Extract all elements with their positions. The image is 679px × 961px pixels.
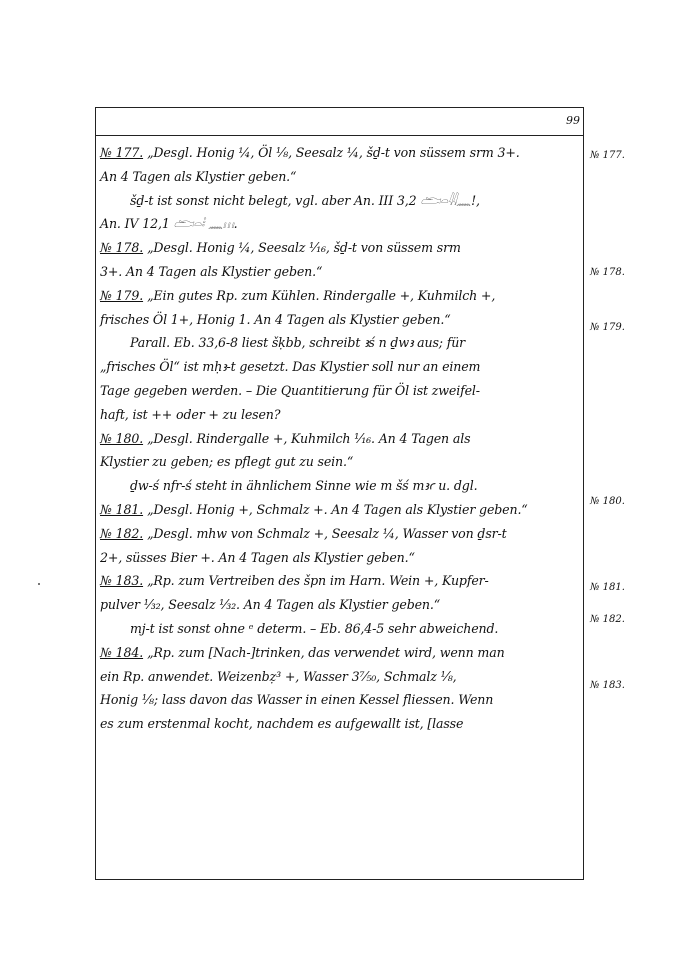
text-line: es zum erstenmal kocht, nachdem es aufge… [100, 712, 578, 736]
text-line: Honig ⅛; lass davon das Wasser in einen … [100, 688, 578, 712]
line-text: „Desgl. Rindergalle +, Kuhmilch ⅟₁₆. An … [147, 431, 470, 446]
text-line: Klystier zu geben; es pflegt gut zu sein… [100, 450, 578, 474]
text-line: № 179.„Ein gutes Rp. zum Kühlen. Rinderg… [100, 284, 578, 308]
text-line: 3+. An 4 Tagen als Klystier geben.“ [100, 260, 578, 284]
line-text: An 4 Tagen als Klystier geben.“ [100, 169, 296, 184]
line-text: ḏw-ś nfr-ś steht in ähnlichem Sinne wie … [130, 478, 477, 493]
line-text: Tage gegeben werden. – Die Quantitierung… [100, 383, 480, 398]
line-text: 2+, süsses Bier +. An 4 Tagen als Klysti… [100, 550, 415, 565]
line-text: „Desgl. Honig ¼, Öl ⅛, Seesalz ¼, šḏ-t v… [147, 145, 520, 160]
entry-number: № 183. [100, 573, 143, 588]
line-text: frisches Öl 1+, Honig 1. An 4 Tagen als … [100, 312, 451, 327]
margin-entry-ref: № 181. [590, 582, 625, 593]
margin-entry-ref: № 183. [590, 680, 625, 691]
line-text: „Rp. zum Vertreiben des špn im Harn. Wei… [147, 573, 489, 588]
text-line: № 177.„Desgl. Honig ¼, Öl ⅛, Seesalz ¼, … [100, 141, 578, 165]
entry-number: № 182. [100, 526, 143, 541]
page-frame: 99 № 177.„Desgl. Honig ¼, Öl ⅛, Seesalz … [95, 107, 584, 880]
entry-number: № 184. [100, 645, 143, 660]
margin-entry-ref: № 180. [590, 496, 625, 507]
margin-entry-ref: № 177. [590, 150, 625, 161]
line-text: „Desgl. mhw von Schmalz +, Seesalz ¼, Wa… [147, 526, 506, 541]
text-line: № 184.„Rp. zum [Nach-]trinken, das verwe… [100, 641, 578, 665]
text-line: mj-t ist sonst ohne ᵉ determ. – Eb. 86,4… [100, 617, 578, 641]
line-text: ein Rp. anwendet. Weizenbẓ³ +, Wasser 3⁷… [100, 669, 457, 684]
text-line: ein Rp. anwendet. Weizenbẓ³ +, Wasser 3⁷… [100, 665, 578, 689]
entry-number: № 180. [100, 431, 143, 446]
text-line: № 182.„Desgl. mhw von Schmalz +, Seesalz… [100, 522, 578, 546]
line-text: Klystier zu geben; es pflegt gut zu sein… [100, 454, 353, 469]
line-text: mj-t ist sonst ohne ᵉ determ. – Eb. 86,4… [130, 621, 498, 636]
line-text: An. IV 12,1 𓂧𓏏𓏬 𓈖𓏥. [100, 216, 238, 231]
text-line: № 181.„Desgl. Honig +, Schmalz +. An 4 T… [100, 498, 578, 522]
text-line: An. IV 12,1 𓂧𓏏𓏬 𓈖𓏥. [100, 212, 578, 236]
text-line: „frisches Öl“ ist mḥꜣ-t gesetzt. Das Kly… [100, 355, 578, 379]
line-text: „Desgl. Honig +, Schmalz +. An 4 Tagen a… [147, 502, 528, 517]
line-text: es zum erstenmal kocht, nachdem es aufge… [100, 716, 463, 731]
line-text: pulver ⅟₃₂, Seesalz ⅟₃₂. An 4 Tagen als … [100, 597, 440, 612]
margin-entry-ref: № 182. [590, 614, 625, 625]
text-line: šḏ-t ist sonst nicht belegt, vgl. aber A… [100, 189, 578, 213]
text-line: № 183.„Rp. zum Vertreiben des špn im Har… [100, 569, 578, 593]
line-text: „Ein gutes Rp. zum Kühlen. Rindergalle +… [147, 288, 495, 303]
line-text: „Rp. zum [Nach-]trinken, das verwendet w… [147, 645, 504, 660]
header-divider [96, 135, 583, 136]
text-line: pulver ⅟₃₂, Seesalz ⅟₃₂. An 4 Tagen als … [100, 593, 578, 617]
text-line: frisches Öl 1+, Honig 1. An 4 Tagen als … [100, 308, 578, 332]
line-text: „frisches Öl“ ist mḥꜣ-t gesetzt. Das Kly… [100, 359, 480, 374]
margin-entry-ref: № 178. [590, 267, 625, 278]
margin-entry-ref: № 179. [590, 322, 625, 333]
line-text: šḏ-t ist sonst nicht belegt, vgl. aber A… [130, 193, 480, 208]
line-text: Honig ⅛; lass davon das Wasser in einen … [100, 692, 493, 707]
entry-number: № 177. [100, 145, 143, 160]
manuscript-body: № 177.„Desgl. Honig ¼, Öl ⅛, Seesalz ¼, … [100, 141, 578, 736]
margin-mark [38, 583, 40, 585]
text-line: Parall. Eb. 33,6-8 liest šḳbb, schreibt … [100, 331, 578, 355]
line-text: „Desgl. Honig ¼, Seesalz ⅟₁₆, šḏ-t von s… [147, 240, 461, 255]
line-text: haft, ist ++ oder + zu lesen? [100, 407, 280, 422]
text-line: 2+, süsses Bier +. An 4 Tagen als Klysti… [100, 546, 578, 570]
text-line: Tage gegeben werden. – Die Quantitierung… [100, 379, 578, 403]
text-line: № 178.„Desgl. Honig ¼, Seesalz ⅟₁₆, šḏ-t… [100, 236, 578, 260]
entry-number: № 181. [100, 502, 143, 517]
line-text: 3+. An 4 Tagen als Klystier geben.“ [100, 264, 322, 279]
text-line: An 4 Tagen als Klystier geben.“ [100, 165, 578, 189]
page-number: 99 [566, 114, 580, 127]
line-text: Parall. Eb. 33,6-8 liest šḳbb, schreibt … [130, 335, 465, 350]
text-line: № 180.„Desgl. Rindergalle +, Kuhmilch ⅟₁… [100, 427, 578, 451]
text-line: haft, ist ++ oder + zu lesen? [100, 403, 578, 427]
entry-number: № 179. [100, 288, 143, 303]
text-line: ḏw-ś nfr-ś steht in ähnlichem Sinne wie … [100, 474, 578, 498]
entry-number: № 178. [100, 240, 143, 255]
